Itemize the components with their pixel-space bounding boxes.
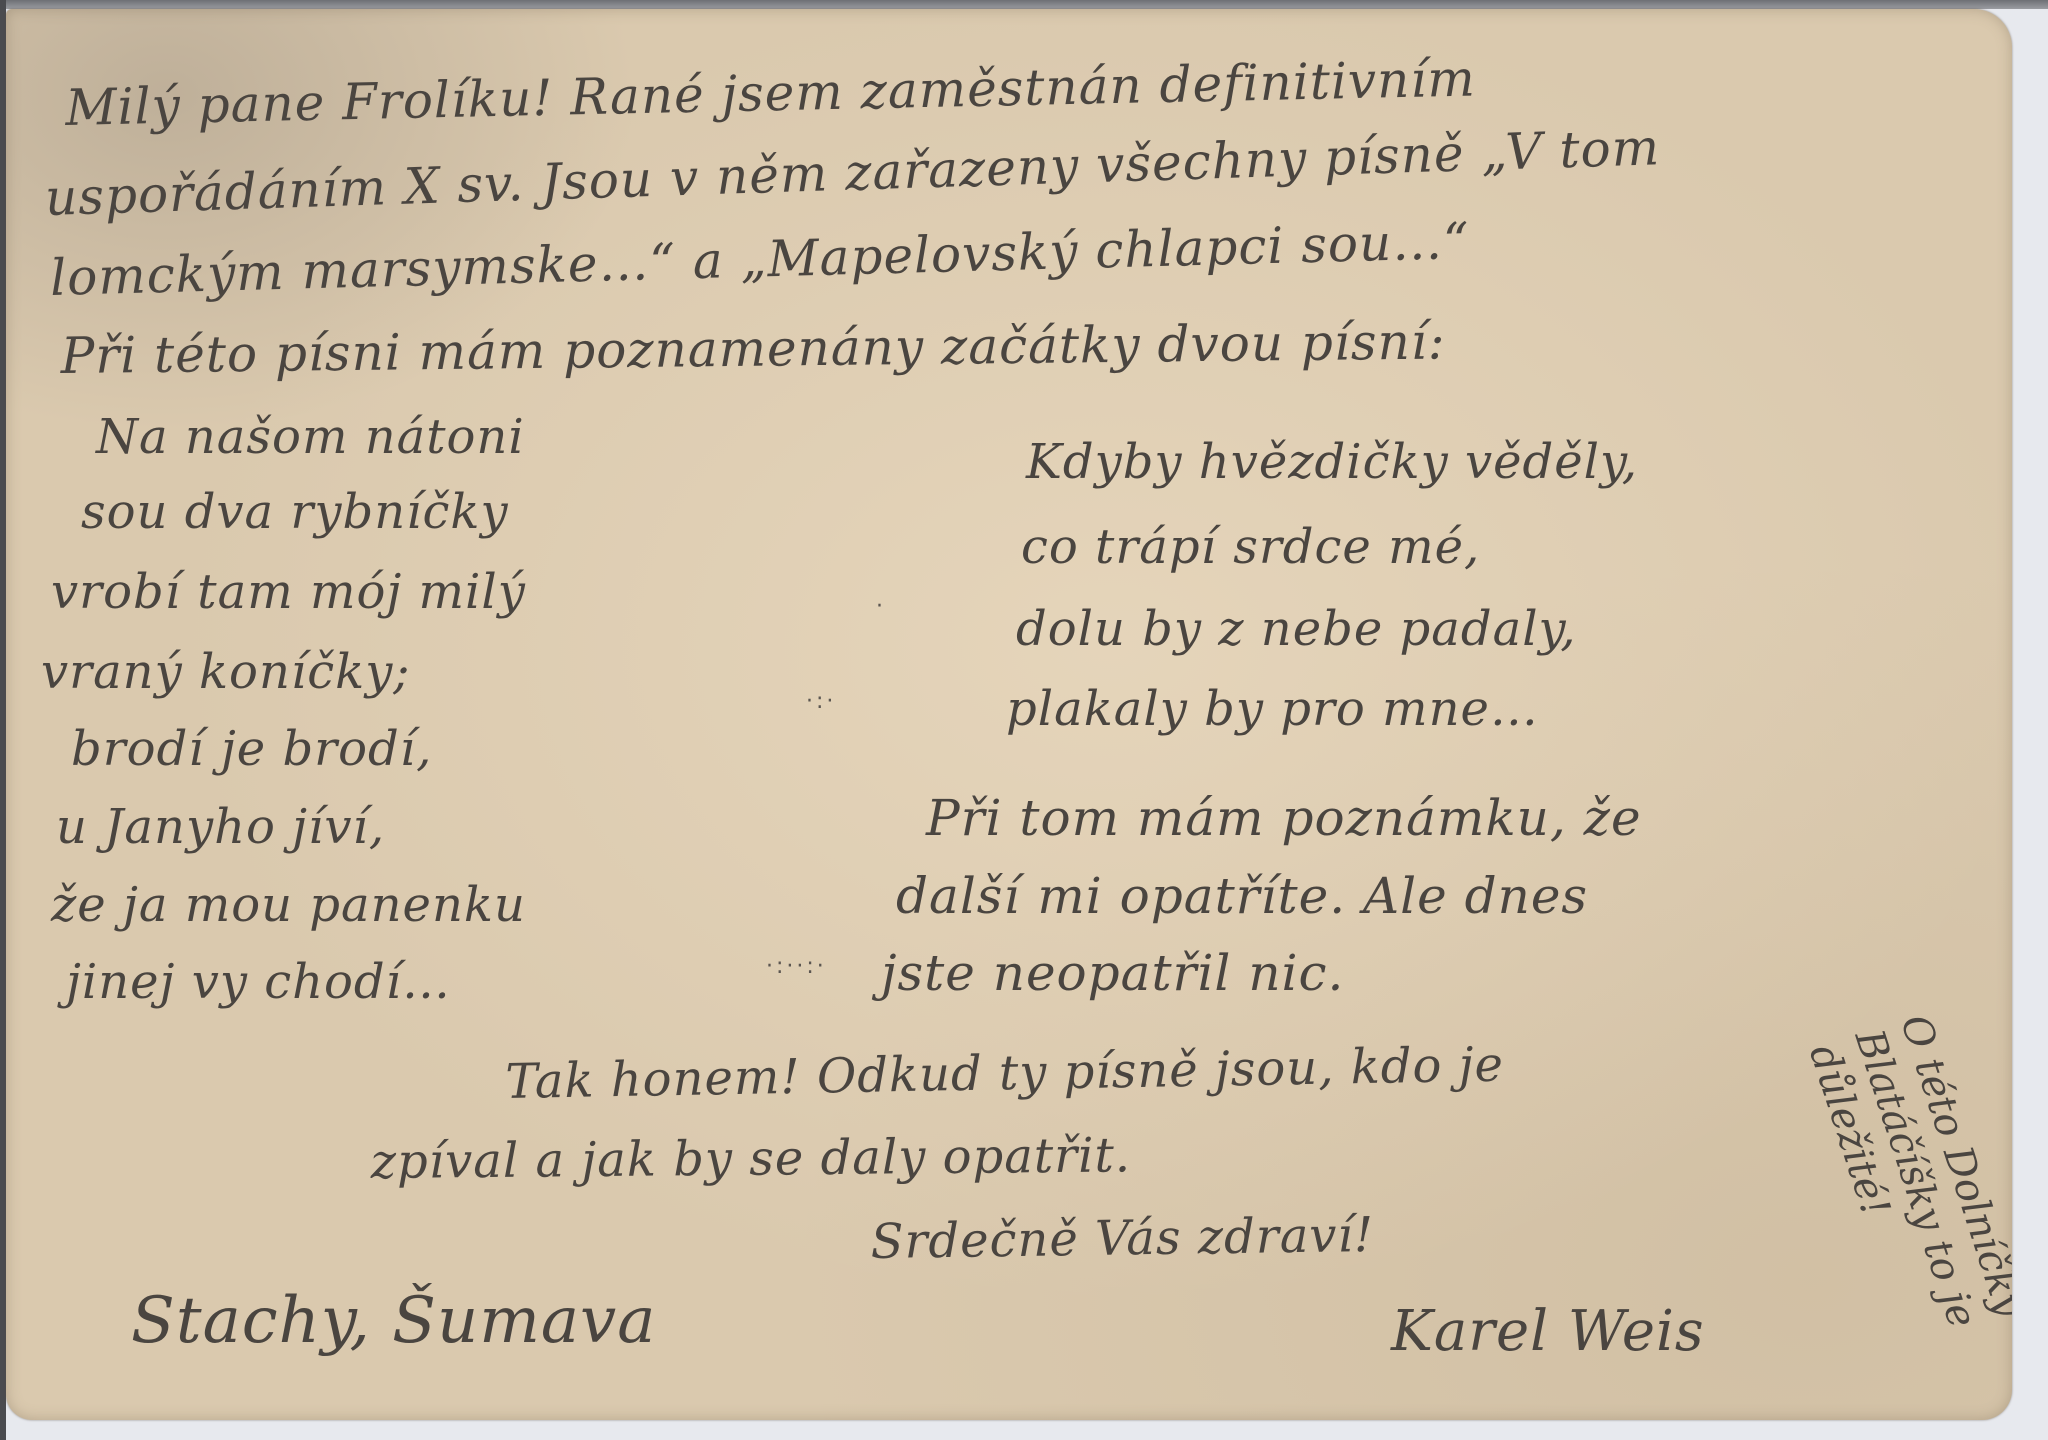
poem-left-line: u Janyho jíví, [56, 799, 385, 855]
letter-line-1: Milý pane Frolíku! Rané jsem zaměstnán d… [65, 49, 1476, 137]
letter-line-4: Při této písni mám poznamenány začátky d… [60, 313, 1445, 385]
poem-right-line: dolu by z nebe padaly, [1016, 601, 1577, 657]
poem-right-line: Kdyby hvězdičky věděly, [1026, 434, 1638, 490]
closing-line-2: zpíval a jak by se daly opatřit. [371, 1127, 1132, 1190]
poem-left-line: jinej vy chodí… [66, 954, 451, 1010]
poem-left-line: sou dva rybníčky [81, 484, 509, 540]
letter-line-3: lomckým marsymske…“ a „Mapelovský chlapc… [49, 212, 1470, 307]
paper-speck: ·:· [806, 689, 836, 714]
side-note: O této Dolníčky Blatáčíšky to je důležit… [1799, 1009, 2012, 1353]
closing-line-1: Tak honem! Odkud ty písně jsou, kdo je [505, 1037, 1504, 1110]
poem-left-line: vraný koníčky; [41, 644, 410, 700]
note-line-2: další mi opatříte. Ale dnes [896, 867, 1588, 925]
note-line-1: Při tom mám poznámku, že [926, 789, 1642, 847]
poem-left-line: vrobí tam mój milý [51, 564, 526, 620]
paper-speck: ·:··:· [766, 954, 827, 979]
note-line-3: jste neopatřil nic. [881, 944, 1344, 1002]
poem-right-line: plakaly by pro mne… [1006, 681, 1539, 737]
postcard: Milý pane Frolíku! Rané jsem zaměstnán d… [6, 9, 2012, 1420]
paper-speck: · [876, 594, 886, 619]
poem-left-line: brodí je brodí, [71, 721, 432, 777]
poem-left-line: že ja mou panenku [51, 877, 526, 933]
signature: Karel Weis [1391, 1299, 1705, 1364]
poem-right-line: co trápí srdce mé, [1021, 519, 1480, 575]
place-name: Stachy, Šumava [131, 1284, 656, 1358]
scanner-top-edge [0, 0, 2048, 9]
scanned-postcard: Milý pane Frolíku! Rané jsem zaměstnán d… [0, 0, 2048, 1440]
letter-line-2: uspořádáním X sv. Jsou v něm zařazeny vš… [44, 118, 1661, 227]
poem-left-line: Na našom nátoni [96, 409, 525, 465]
closing-line-3: Srdečně Vás zdraví! [870, 1207, 1374, 1270]
